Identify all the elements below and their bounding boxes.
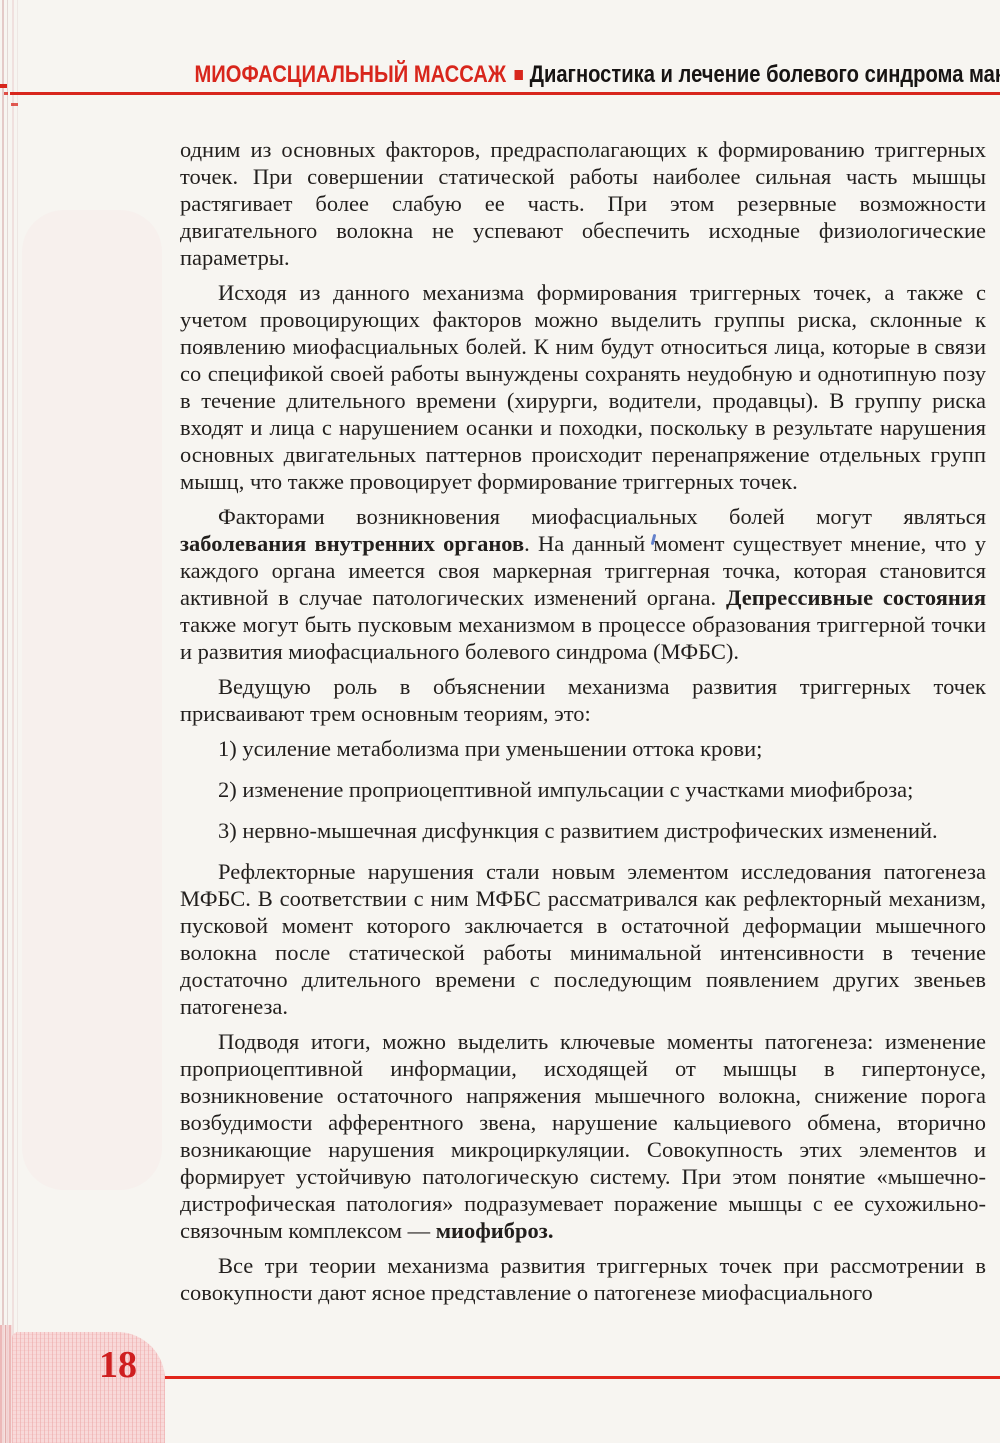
paragraph-4-text: Ведущую роль в объяснении механизма разв…: [180, 674, 986, 726]
scan-bottom-edge-artifact: [0, 1325, 12, 1443]
paragraph-6-text: Подводя итоги, можно выделить ключевые м…: [180, 1029, 986, 1243]
list-item-2-text: 2) изменение проприоцептивной импульсаци…: [218, 777, 913, 802]
page-text-column: одним из основных факторов, предрасполаг…: [180, 136, 986, 1314]
scan-gutter-line: [7, 0, 8, 1443]
paragraph-7-text: Все три теории механизма развития тригге…: [180, 1253, 986, 1305]
paragraph-4: Ведущую роль в объяснении механизма разв…: [180, 673, 986, 727]
chapter-subtitle: Диагностика и лечение болевого синдрома …: [530, 61, 1000, 88]
bleed-through-ghost: [22, 210, 162, 1190]
paragraph-5: Рефлекторные нарушения стали новым элеме…: [180, 858, 986, 1020]
scan-red-mark: [4, 92, 8, 95]
running-head: МИОФАСЦИАЛЬНЫЙ МАССАЖДиагностика и лечен…: [0, 60, 986, 90]
footer-rule: [165, 1376, 1000, 1379]
scan-gutter-line: [12, 0, 14, 1443]
list-item-2: 2) изменение проприоцептивной импульсаци…: [180, 776, 986, 803]
paragraph-3-text: Факторами возникновения миофасциальных б…: [218, 504, 986, 529]
scan-red-mark: [11, 103, 18, 106]
scan-gutter-line: [17, 0, 18, 1443]
page-number: 18: [99, 1346, 137, 1384]
paragraph-1: одним из основных факторов, предрасполаг…: [180, 136, 986, 271]
paragraph-6: Подводя итоги, можно выделить ключевые м…: [180, 1028, 986, 1244]
paragraph-3: Факторами возникновения миофасциальных б…: [180, 503, 986, 665]
list-item-1-text: 1) усиление метаболизма при уменьшении о…: [218, 736, 762, 761]
list-item-3-text: 3) нервно-мышечная дисфункция с развитие…: [218, 818, 938, 843]
running-head-text: МИОФАСЦИАЛЬНЫЙ МАССАЖДиагностика и лечен…: [194, 60, 1000, 90]
bold-term-depressive-states: Депрессивные состояния: [726, 585, 986, 610]
paragraph-2: Исходя из данного механизма формирования…: [180, 279, 986, 495]
book-title: МИОФАСЦИАЛЬНЫЙ МАССАЖ: [194, 61, 506, 88]
paragraph-5-text: Рефлекторные нарушения стали новым элеме…: [180, 859, 986, 1019]
header-rule: [10, 92, 1000, 95]
paragraph-7: Все три теории механизма развития тригге…: [180, 1252, 986, 1306]
page-number-box: 18: [12, 1332, 165, 1443]
paragraph-2-text: Исходя из данного механизма формирования…: [180, 280, 986, 494]
scan-gutter-line: [2, 0, 4, 1443]
bold-term-myofibrosis: миофиброз.: [436, 1218, 554, 1243]
scanned-book-page: МИОФАСЦИАЛЬНЫЙ МАССАЖДиагностика и лечен…: [0, 0, 1000, 1443]
bold-term-internal-organs: заболевания внутренних органов: [180, 531, 524, 556]
paragraph-1-text: одним из основных факторов, предрасполаг…: [180, 137, 986, 270]
list-item-1: 1) усиление метаболизма при уменьшении о…: [180, 735, 986, 762]
square-bullet-icon: [514, 70, 522, 80]
scan-red-mark: [0, 84, 7, 88]
paragraph-3-text: также могут быть пусковым механизмом в п…: [180, 612, 986, 664]
list-item-3: 3) нервно-мышечная дисфункция с развитие…: [180, 817, 986, 844]
